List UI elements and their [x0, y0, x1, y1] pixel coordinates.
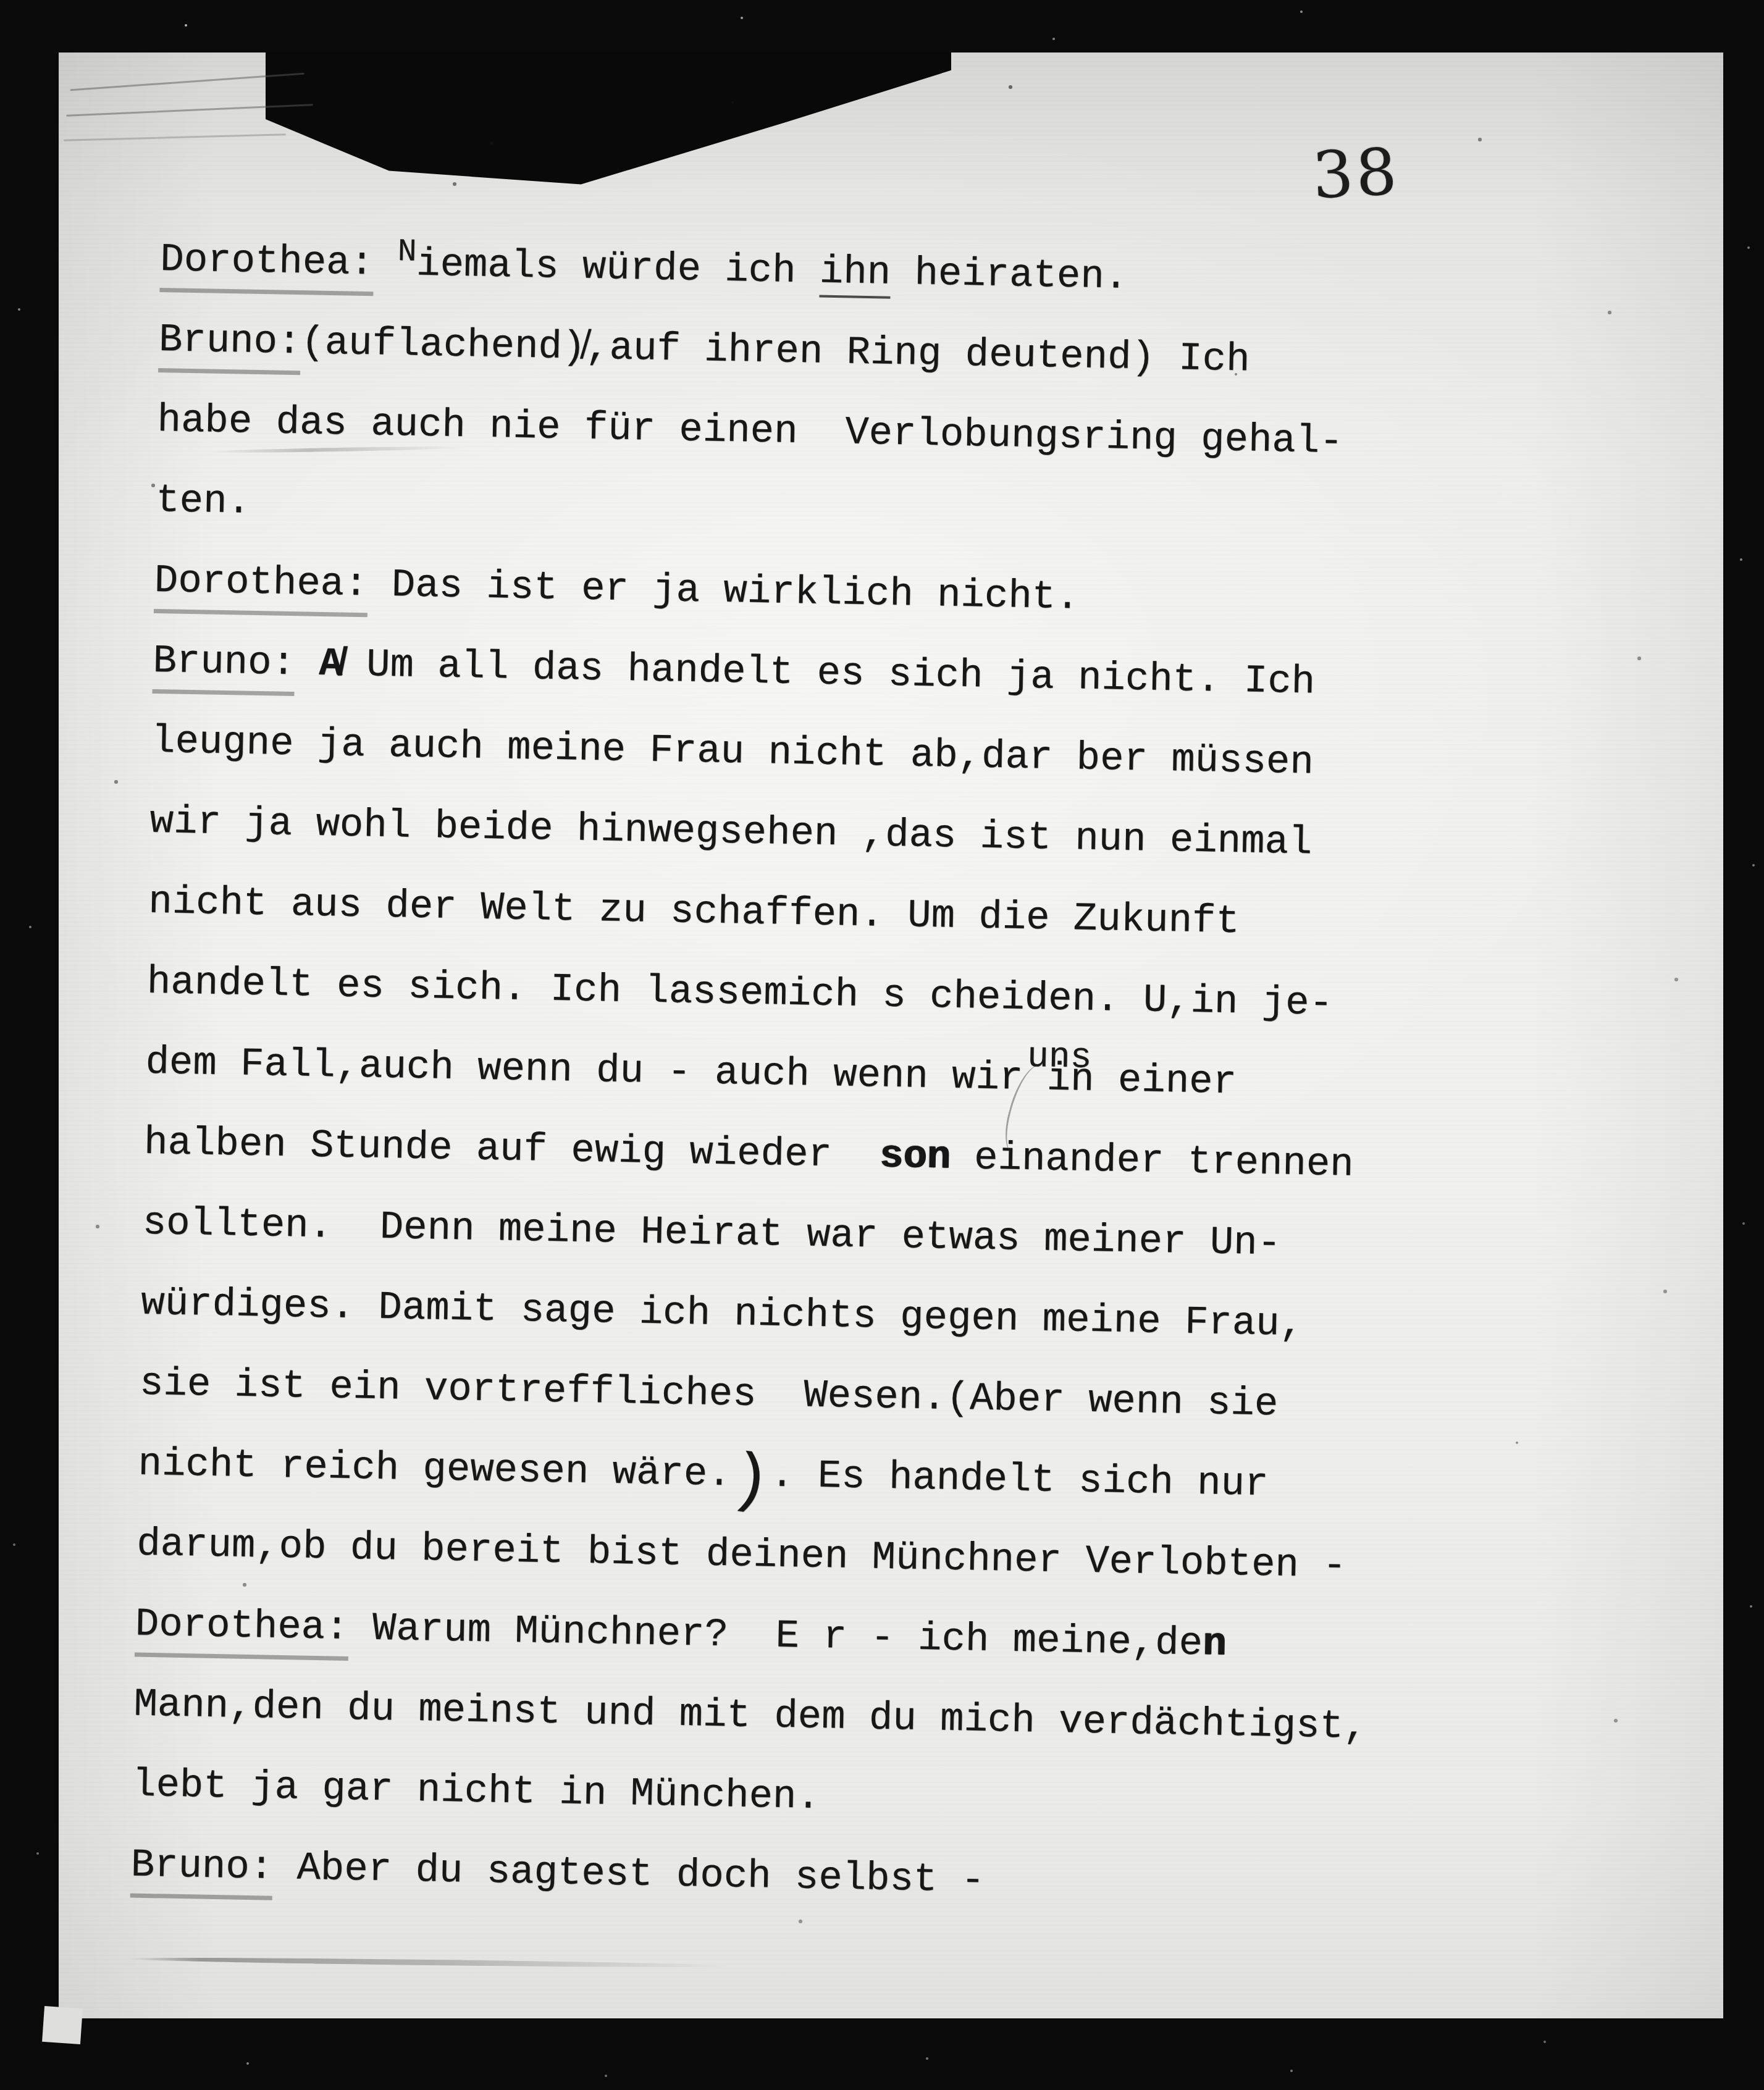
text-segment: ihn — [819, 250, 891, 299]
sheet-edge-line — [70, 73, 304, 91]
text-segment: son — [879, 1135, 951, 1180]
speaker-dorothea: Dorothea: — [135, 1603, 349, 1661]
text-segment — [295, 642, 319, 687]
text-segment: iemals würde ich — [416, 243, 820, 295]
speaker-bruno: Bruno: — [152, 639, 295, 696]
page-number: 38 — [1311, 133, 1401, 213]
ink-specks — [59, 52, 60, 54]
torn-page-top-edge — [266, 51, 951, 187]
text-segment: N — [397, 234, 417, 271]
speaker-dorothea: Dorothea: — [154, 559, 368, 617]
text-segment: n — [1202, 1622, 1227, 1667]
text-segment: ten. — [156, 479, 251, 525]
scan-background: 38 Dorothea: Niemals würde ich ihn heira… — [0, 0, 1764, 2090]
page-corner — [42, 2006, 83, 2044]
speaker-dorothea: Dorothea: — [159, 238, 374, 296]
sheet-edge-line — [66, 104, 313, 116]
text-segment: heiraten. — [890, 251, 1128, 300]
sheet-stack-edges — [64, 56, 323, 180]
sheet-edge-line — [64, 133, 286, 141]
text-segment — [373, 241, 398, 287]
pencil-smudge — [127, 1956, 732, 1969]
text-segment: A̸ — [319, 642, 343, 687]
document-page: 38 Dorothea: Niemals würde ich ihn heira… — [59, 52, 1723, 2018]
text-segment: . Es handelt sich nur — [770, 1453, 1269, 1507]
speaker-bruno: Bruno: — [130, 1844, 274, 1900]
speaker-bruno: Bruno: — [158, 318, 301, 375]
dialogue-lines: Dorothea: Niemals würde ich ihn heiraten… — [130, 238, 1723, 1952]
scanner-dust — [0, 0, 1, 1]
typescript-text: Dorothea: Niemals würde ich ihn heiraten… — [28, 236, 1723, 1952]
text-segment: ) — [731, 1479, 770, 1484]
